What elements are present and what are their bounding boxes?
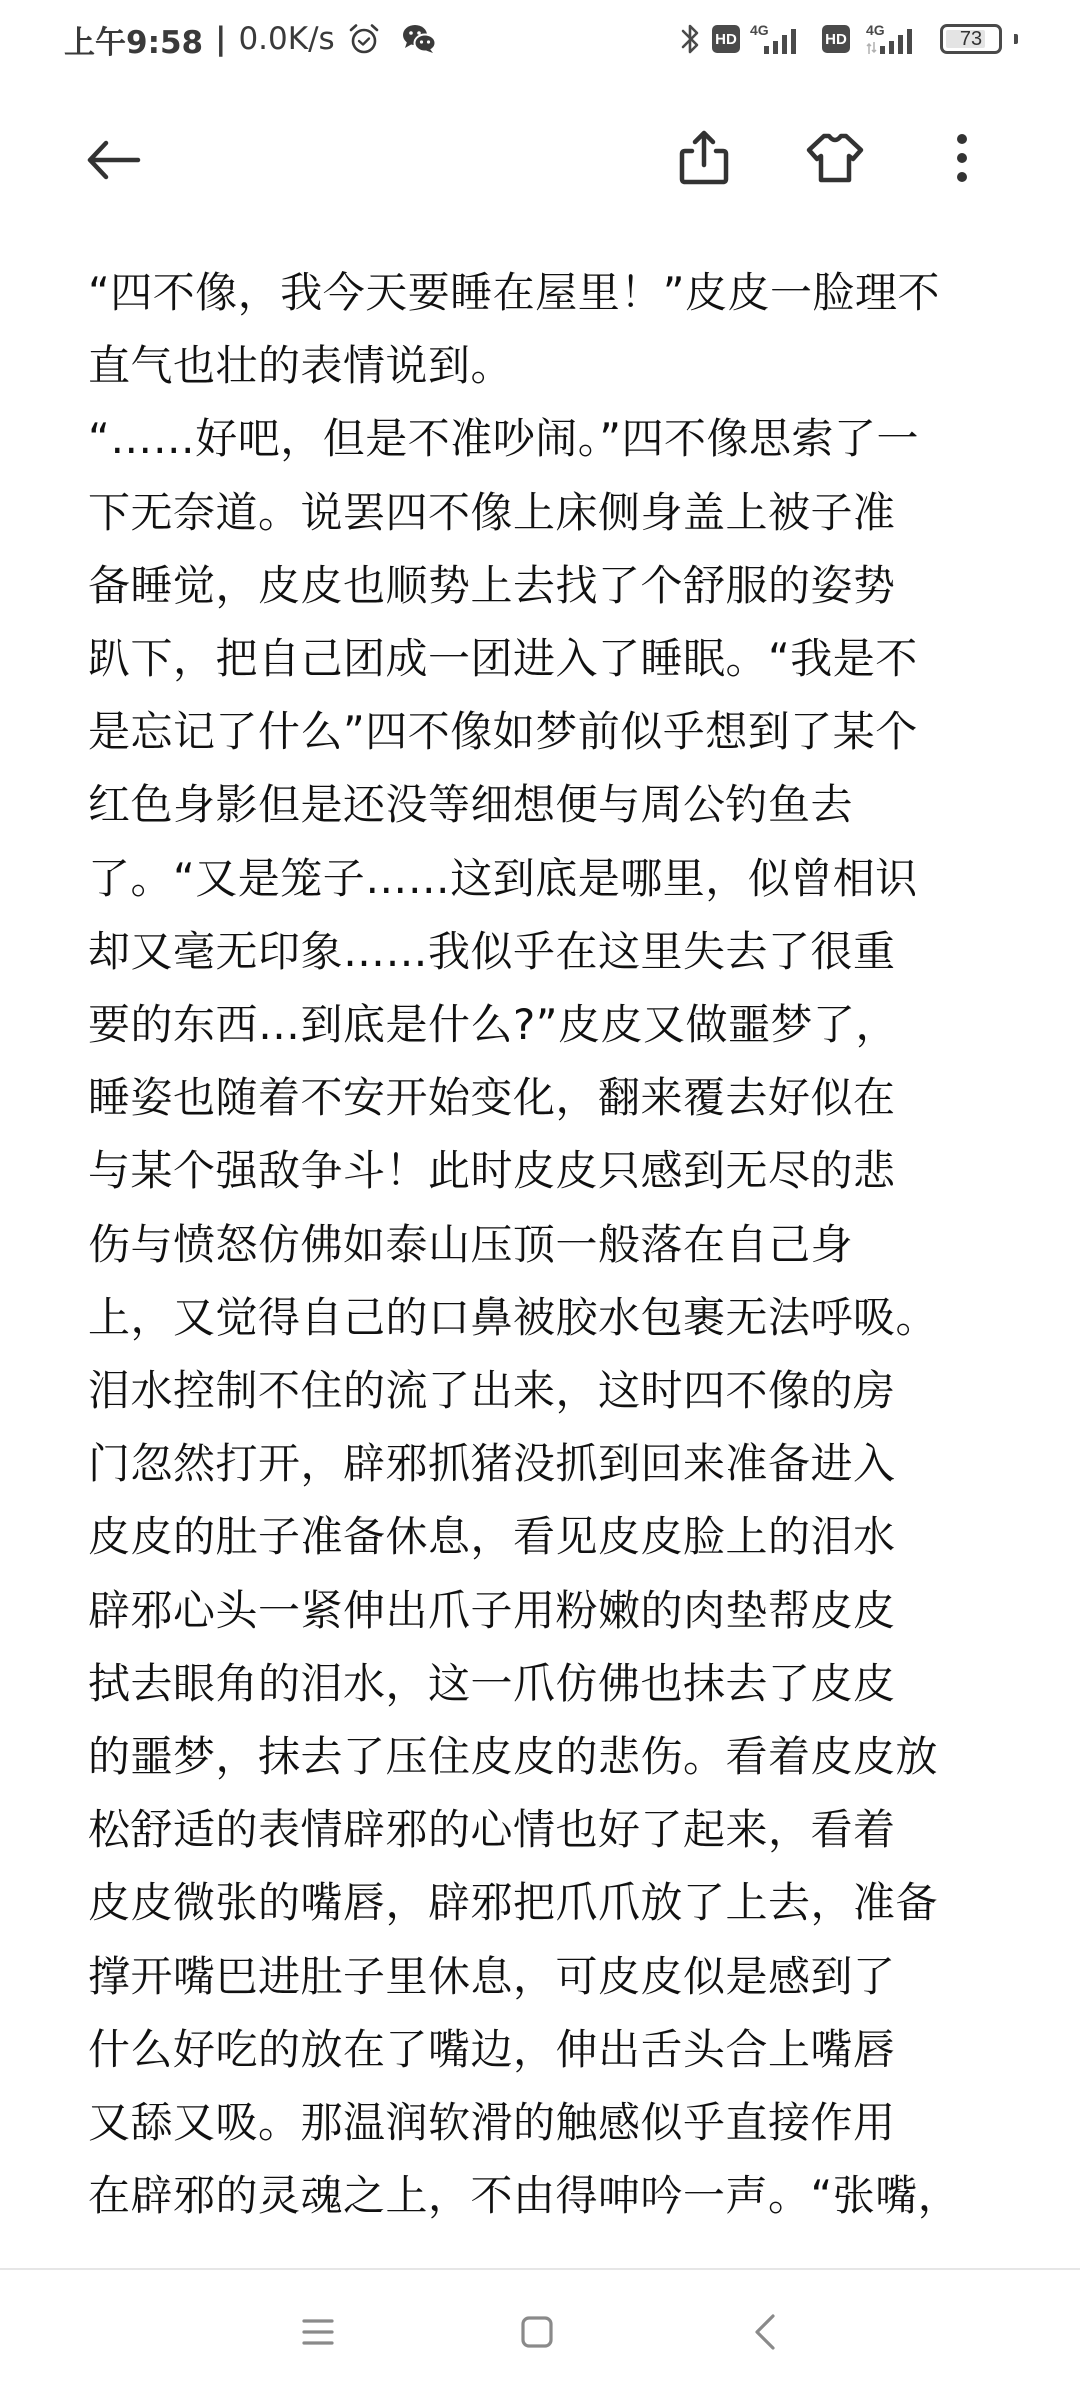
- home-button[interactable]: [492, 2292, 582, 2372]
- share-icon: [676, 129, 732, 187]
- battery-tip: [1014, 34, 1018, 44]
- reader-toolbar: [0, 110, 1080, 210]
- tshirt-theme-icon: [804, 131, 866, 185]
- text-line: 松舒适的表情辟邪的心情也好了起来，看着: [88, 1793, 998, 1866]
- status-right: HD 4G HD 4G: [678, 21, 1018, 57]
- text-line: 红色身影但是还没等细想便与周公钓鱼去: [88, 768, 998, 841]
- more-vertical-icon: [952, 131, 972, 185]
- text-line: 与某个强敌争斗！此时皮皮只感到无尽的悲: [88, 1134, 998, 1207]
- text-line: 又舔又吸。那温润软滑的触感似乎直接作用: [88, 2086, 998, 2159]
- text-line: 拭去眼角的泪水，这一爪仿佛也抹去了皮皮: [88, 1647, 998, 1720]
- text-line: 却又毫无印象……我似乎在这里失去了很重: [88, 915, 998, 988]
- text-line: 趴下，把自己团成一团进入了睡眠。“我是不: [88, 622, 998, 695]
- text-line: 的噩梦，抹去了压住皮皮的悲伤。看着皮皮放: [88, 1720, 998, 1793]
- wechat-icon: [401, 23, 437, 55]
- system-nav-bar: [0, 2270, 1080, 2400]
- status-left: 上午9:58 | 0.0K/s: [64, 17, 437, 62]
- hd-icon: HD: [822, 25, 850, 53]
- text-line: 是忘记了什么”四不像如梦前似乎想到了某个: [88, 695, 998, 768]
- reader-screen: 上午9:58 | 0.0K/s: [0, 0, 1080, 2400]
- status-separator: |: [215, 21, 226, 57]
- text-line: 撑开嘴巴进肚子里休息，可皮皮似是感到了: [88, 1940, 998, 2013]
- text-line: 伤与愤怒仿佛如泰山压顶一般落在自己身: [88, 1208, 998, 1281]
- text-line: 皮皮的肚子准备休息，看见皮皮脸上的泪水: [88, 1500, 998, 1573]
- recent-apps-button[interactable]: [273, 2292, 363, 2372]
- home-icon: [519, 2314, 555, 2350]
- text-line: 上，又觉得自己的口鼻被胶水包裹无法呼吸。: [88, 1281, 998, 1354]
- text-line: 什么好吃的放在了嘴边，伸出舌头合上嘴唇: [88, 2013, 998, 2086]
- battery-level: 73: [960, 28, 982, 51]
- text-line: “四不像，我今天要睡在屋里！”皮皮一脸理不: [88, 256, 998, 329]
- back-arrow-icon: [84, 138, 144, 182]
- bluetooth-icon: [678, 21, 702, 57]
- text-line: “……好吧，但是不准吵闹。”四不像思索了一: [88, 402, 998, 475]
- text-line: 门忽然打开，辟邪抓猪没抓到回来准备进入: [88, 1427, 998, 1500]
- text-line: 在辟邪的灵魂之上，不由得呻吟一声。“张嘴，: [88, 2159, 998, 2232]
- theme-button[interactable]: [795, 118, 875, 198]
- menu-icon: [301, 2317, 335, 2347]
- system-back-button[interactable]: [720, 2292, 810, 2372]
- text-line: 皮皮微张的嘴唇，辟邪把爪爪放了上去，准备: [88, 1866, 998, 1939]
- chapter-text[interactable]: “四不像，我今天要睡在屋里！”皮皮一脸理不 直气也壮的表情说到。 “……好吧，但…: [88, 256, 998, 2232]
- signal-4g-icon: 4G: [750, 22, 806, 56]
- hd-icon: HD: [712, 25, 740, 53]
- share-button[interactable]: [664, 118, 744, 198]
- status-time: 上午9:58: [64, 17, 203, 62]
- signal-4g-icon: 4G: [866, 22, 922, 56]
- text-line: 辟邪心头一紧伸出爪子用粉嫩的肉垫帮皮皮: [88, 1574, 998, 1647]
- text-line: 了。“又是笼子……这到底是哪里，似曾相识: [88, 842, 998, 915]
- text-line: 要的东西…到底是什么?”皮皮又做噩梦了，: [88, 988, 998, 1061]
- text-line: 下无奈道。说罢四不像上床侧身盖上被子准: [88, 476, 998, 549]
- back-icon: [752, 2312, 778, 2352]
- text-line: 睡姿也随着不安开始变化，翻来覆去好似在: [88, 1061, 998, 1134]
- network-speed: 0.0K/s: [238, 21, 334, 57]
- back-button[interactable]: [74, 120, 154, 200]
- more-options-button[interactable]: [922, 118, 1002, 198]
- text-line: 直气也壮的表情说到。: [88, 329, 998, 402]
- battery-icon: 73: [940, 24, 1002, 54]
- text-line: 泪水控制不住的流了出来，这时四不像的房: [88, 1354, 998, 1427]
- alarm-icon: [347, 22, 381, 56]
- text-line: 备睡觉，皮皮也顺势上去找了个舒服的姿势: [88, 549, 998, 622]
- status-bar: 上午9:58 | 0.0K/s: [0, 0, 1080, 78]
